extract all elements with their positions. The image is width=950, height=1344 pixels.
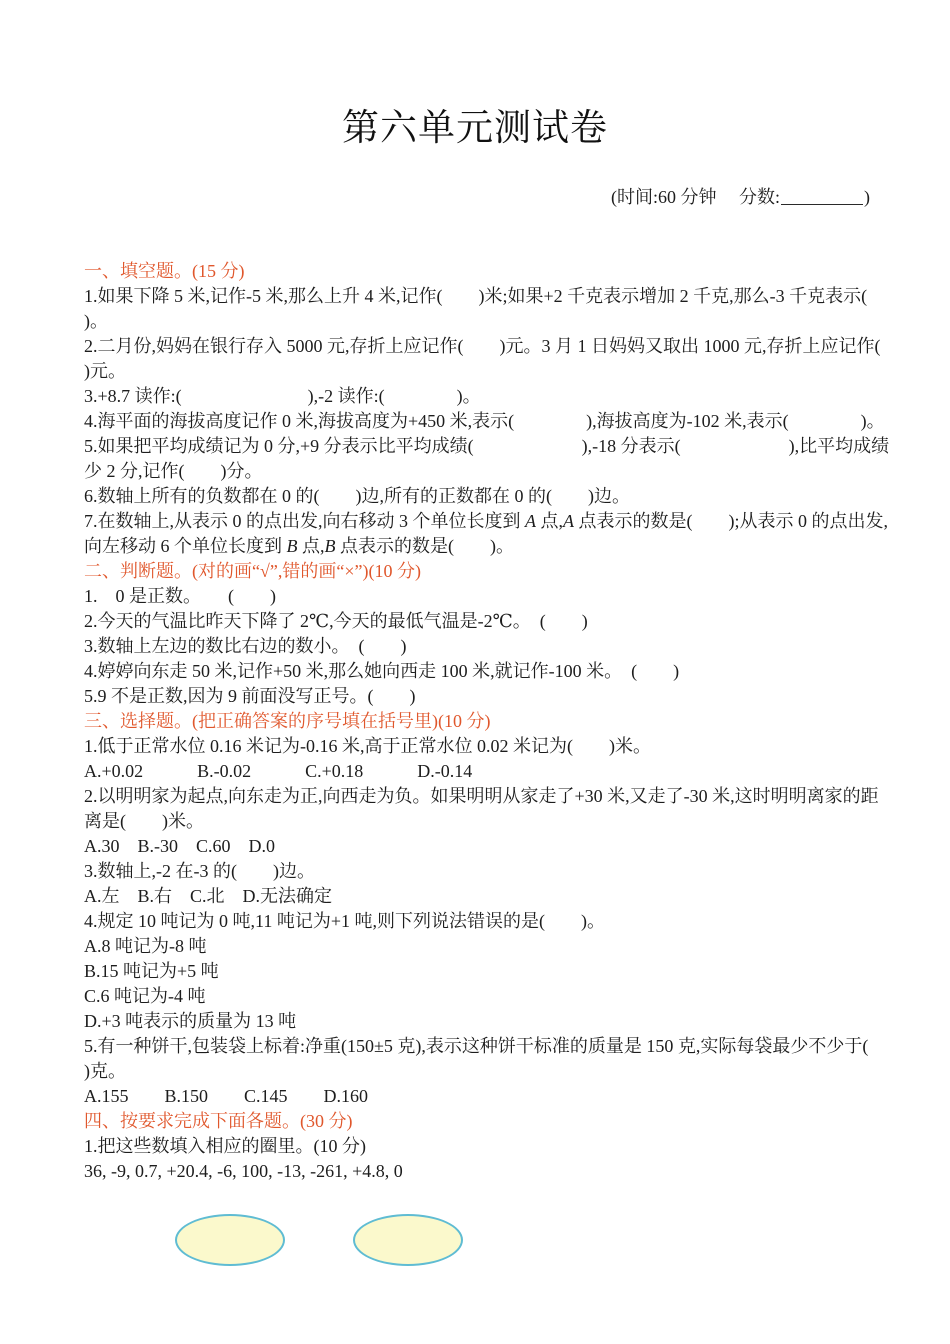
question-line: 少 2 分,记作( )分。 [84, 459, 896, 484]
section-2: 二、判断题。(对的画“√”,错的画“×”)(10 分)1. 0 是正数。 ( )… [84, 559, 896, 709]
question-line: A.左 B.右 C.北 D.无法确定 [84, 884, 896, 909]
question-line: 5.如果把平均成绩记为 0 分,+9 分表示比平均成绩( ),-18 分表示( … [84, 434, 896, 459]
section-3: 三、选择题。(把正确答案的序号填在括号里)(10 分)1.低于正常水位 0.16… [84, 709, 896, 1109]
section-heading: 二、判断题。(对的画“√”,错的画“×”)(10 分) [84, 559, 896, 584]
question-line: A.+0.02 B.-0.02 C.+0.18 D.-0.14 [84, 759, 896, 784]
question-line: 3.数轴上左边的数比右边的数小。 ( ) [84, 634, 896, 659]
question-line: )元。 [84, 359, 896, 384]
question-line: 3.数轴上,-2 在-3 的( )边。 [84, 859, 896, 884]
section-heading: 四、按要求完成下面各题。(30 分) [84, 1109, 896, 1134]
question-line: 4.规定 10 吨记为 0 吨,11 吨记为+1 吨,则下列说法错误的是( )。 [84, 909, 896, 934]
score-blank-field[interactable] [781, 186, 863, 205]
question-line: 7.在数轴上,从表示 0 的点出发,向右移动 3 个单位长度到 A 点,A 点表… [84, 509, 896, 534]
question-line: 3.+8.7 读作:( ),-2 读作:( )。 [84, 384, 896, 409]
question-line: A.30 B.-30 C.60 D.0 [84, 834, 896, 859]
question-line: A.8 吨记为-8 吨 [84, 934, 896, 959]
test-paper-page: 第六单元测试卷 (时间:60 分钟 分数:) 一、填空题。(15 分)1.如果下… [0, 0, 950, 1344]
section-heading: 三、选择题。(把正确答案的序号填在括号里)(10 分) [84, 709, 896, 734]
question-line: C.6 吨记为-4 吨 [84, 984, 896, 1009]
question-line: 2.今天的气温比昨天下降了 2℃,今天的最低气温是-2℃。 ( ) [84, 609, 896, 634]
page-title: 第六单元测试卷 [0, 0, 950, 152]
time-score-prefix: (时间:60 分钟 分数: [611, 187, 780, 207]
question-line: 向左移动 6 个单位长度到 B 点,B 点表示的数是( )。 [84, 534, 896, 559]
question-line: )。 [84, 309, 896, 334]
time-score-suffix: ) [864, 187, 870, 207]
text-segment: 点, [536, 511, 563, 531]
question-line: D.+3 吨表示的质量为 13 吨 [84, 1009, 896, 1034]
answer-circle-2[interactable] [353, 1214, 463, 1266]
variable-letter: B [325, 536, 336, 556]
question-line: A.155 B.150 C.145 D.160 [84, 1084, 896, 1109]
section-1: 一、填空题。(15 分)1.如果下降 5 米,记作-5 米,那么上升 4 米,记… [84, 259, 896, 559]
text-segment: 点表示的数是( );从表示 0 的点出发, [574, 511, 888, 531]
question-line: 1.低于正常水位 0.16 米记为-0.16 米,高于正常水位 0.02 米记为… [84, 734, 896, 759]
question-line: 5.有一种饼干,包装袋上标着:净重(150±5 克),表示这种饼干标准的质量是 … [84, 1034, 896, 1059]
section-4: 四、按要求完成下面各题。(30 分)1.把这些数填入相应的圈里。(10 分)36… [84, 1109, 896, 1184]
question-line: 1.把这些数填入相应的圈里。(10 分) [84, 1134, 896, 1159]
text-segment: 向左移动 6 个单位长度到 [84, 536, 287, 556]
question-line: 2.二月份,妈妈在银行存入 5000 元,存折上应记作( )元。3 月 1 日妈… [84, 334, 896, 359]
question-line: 4.海平面的海拔高度记作 0 米,海拔高度为+450 米,表示( ),海拔高度为… [84, 409, 896, 434]
question-line: 36, -9, 0.7, +20.4, -6, 100, -13, -261, … [84, 1159, 896, 1184]
text-segment: 7.在数轴上,从表示 0 的点出发,向右移动 3 个单位长度到 [84, 511, 525, 531]
text-segment: 点, [298, 536, 325, 556]
variable-letter: A [525, 511, 536, 531]
time-score-line: (时间:60 分钟 分数:) [0, 162, 950, 230]
question-sections: 一、填空题。(15 分)1.如果下降 5 米,记作-5 米,那么上升 4 米,记… [84, 259, 896, 1184]
question-line: 5.9 不是正数,因为 9 前面没写正号。( ) [84, 684, 896, 709]
question-line: )克。 [84, 1059, 896, 1084]
question-line: B.15 吨记为+5 吨 [84, 959, 896, 984]
question-line: 6.数轴上所有的负数都在 0 的( )边,所有的正数都在 0 的( )边。 [84, 484, 896, 509]
question-line: 4.婷婷向东走 50 米,记作+50 米,那么她向西走 100 米,就记作-10… [84, 659, 896, 684]
text-segment: 点表示的数是( )。 [336, 536, 515, 556]
variable-letter: B [287, 536, 298, 556]
question-line: 1.如果下降 5 米,记作-5 米,那么上升 4 米,记作( )米;如果+2 千… [84, 284, 896, 309]
question-line: 2.以明明家为起点,向东走为正,向西走为负。如果明明从家走了+30 米,又走了-… [84, 784, 896, 809]
variable-letter: A [563, 511, 574, 531]
question-line: 离是( )米。 [84, 809, 896, 834]
section-heading: 一、填空题。(15 分) [84, 259, 896, 284]
question-line: 1. 0 是正数。 ( ) [84, 584, 896, 609]
answer-circle-1[interactable] [175, 1214, 285, 1266]
